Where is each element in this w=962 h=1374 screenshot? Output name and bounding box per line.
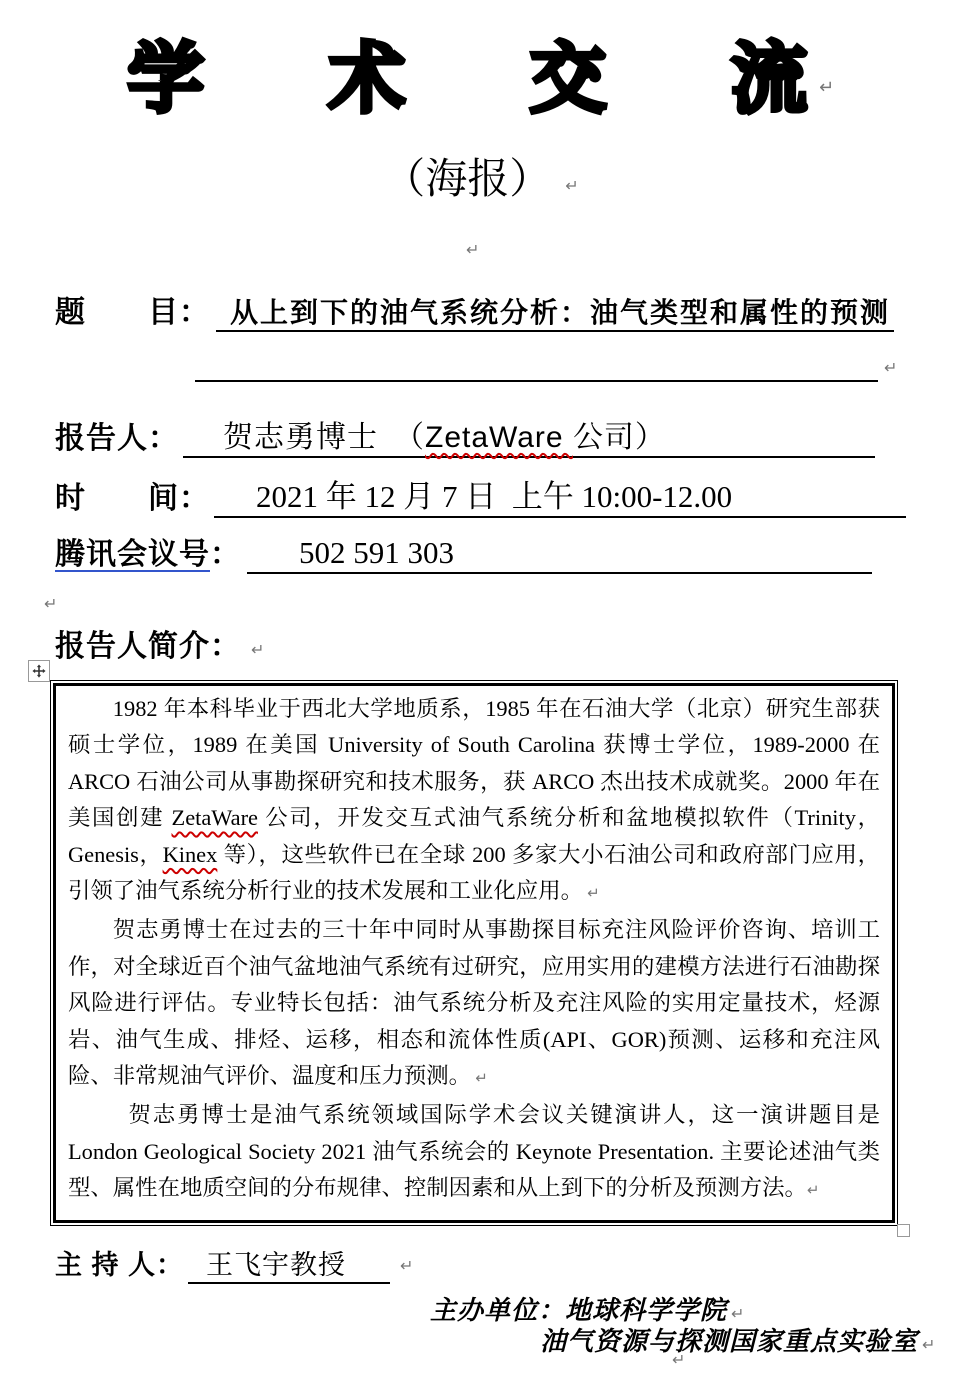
- bio-box: 1982 年本科毕业于西北大学地质系，1985 年在石油大学（北京）研究生部获硕…: [50, 680, 898, 1226]
- page-subtitle-text: （海报）: [383, 155, 551, 202]
- paragraph-mark-icon: ↵: [884, 358, 897, 378]
- move-cross-icon: [32, 664, 46, 678]
- document-page: 学 术 交 流↵ （海报）↵ ↵ 题 目： 从上到下的油气系统分析：油气类型和属…: [0, 0, 962, 1374]
- paragraph-mark-icon: ↵: [922, 1337, 935, 1354]
- underline-blank-field[interactable]: [195, 348, 878, 382]
- bio-intro-label: 报告人简介：: [55, 630, 241, 666]
- table-resize-handle[interactable]: [897, 1224, 910, 1237]
- topic-row: 题 目： 从上到下的油气系统分析：油气类型和属性的预测: [55, 286, 894, 332]
- speaker-label: 报告人：: [55, 422, 179, 458]
- organizer-line-2: 油气资源与探测国家重点实验室↵: [540, 1321, 935, 1358]
- paragraph-mark-icon: ↵: [565, 178, 578, 195]
- bio-paragraph: 贺志勇博士在过去的三十年中同时从事勘探目标充注风险评价咨询、培训工作，对全球近百…: [68, 912, 880, 1097]
- bio-paragraph: 贺志勇博士是油气系统领域国际学术会议关键演讲人，这一演讲题目是 London G…: [68, 1097, 880, 1209]
- paragraph-mark-icon: ↵: [251, 640, 264, 666]
- topic-value: 从上到下的油气系统分析：油气类型和属性的预测: [230, 297, 890, 330]
- paragraph-mark-icon: ↵: [44, 594, 57, 614]
- meeting-field[interactable]: 502 591 303: [247, 528, 872, 574]
- meeting-label: 腾讯会议号：: [55, 538, 241, 574]
- speaker-field[interactable]: 贺志勇博士 （ZetaWare 公司）: [183, 412, 875, 458]
- page-title: 学 术 交 流↵: [0, 18, 962, 127]
- host-value: 王飞宇教授: [206, 1250, 346, 1282]
- topic-field[interactable]: 从上到下的油气系统分析：油气类型和属性的预测: [216, 286, 894, 332]
- time-value: 2021 年 12 月 7 日 上午 10:00-12.00: [256, 479, 732, 516]
- host-label: 主 持 人：: [55, 1251, 184, 1284]
- page-subtitle: （海报）↵: [0, 146, 962, 206]
- speaker-value: 贺志勇博士 （ZetaWare 公司）: [223, 421, 666, 457]
- host-field[interactable]: 王飞宇教授: [188, 1242, 390, 1284]
- topic-label: 题 目：: [55, 296, 210, 332]
- paragraph-mark-icon: ↵: [466, 240, 479, 260]
- paragraph-mark-icon: ↵: [672, 1350, 685, 1370]
- paragraph-mark-icon: ↵: [400, 1256, 413, 1284]
- organizer-line-2-text: 油气资源与探测国家重点实验室: [540, 1327, 918, 1356]
- time-label: 时 间：: [55, 482, 210, 518]
- page-title-text: 学 术 交 流: [128, 37, 807, 122]
- bio-intro-row: 报告人简介： ↵: [55, 624, 264, 666]
- speaker-row: 报告人： 贺志勇博士 （ZetaWare 公司）: [55, 412, 875, 458]
- paragraph-mark-icon: ↵: [819, 77, 834, 97]
- host-row: 主 持 人： 王飞宇教授 ↵: [55, 1242, 413, 1284]
- time-row: 时 间： 2021 年 12 月 7 日 上午 10:00-12.00: [55, 472, 906, 518]
- bio-paragraph-empty: ↵: [68, 1210, 880, 1223]
- bio-paragraph: 1982 年本科毕业于西北大学地质系，1985 年在石油大学（北京）研究生部获硕…: [68, 691, 880, 912]
- bio-box-inner: 1982 年本科毕业于西北大学地质系，1985 年在石油大学（北京）研究生部获硕…: [53, 683, 895, 1223]
- table-move-handle[interactable]: [28, 660, 50, 682]
- meeting-row: 腾讯会议号： 502 591 303: [55, 528, 872, 574]
- time-field[interactable]: 2021 年 12 月 7 日 上午 10:00-12.00: [214, 472, 906, 518]
- meeting-number-value: 502 591 303: [299, 535, 454, 572]
